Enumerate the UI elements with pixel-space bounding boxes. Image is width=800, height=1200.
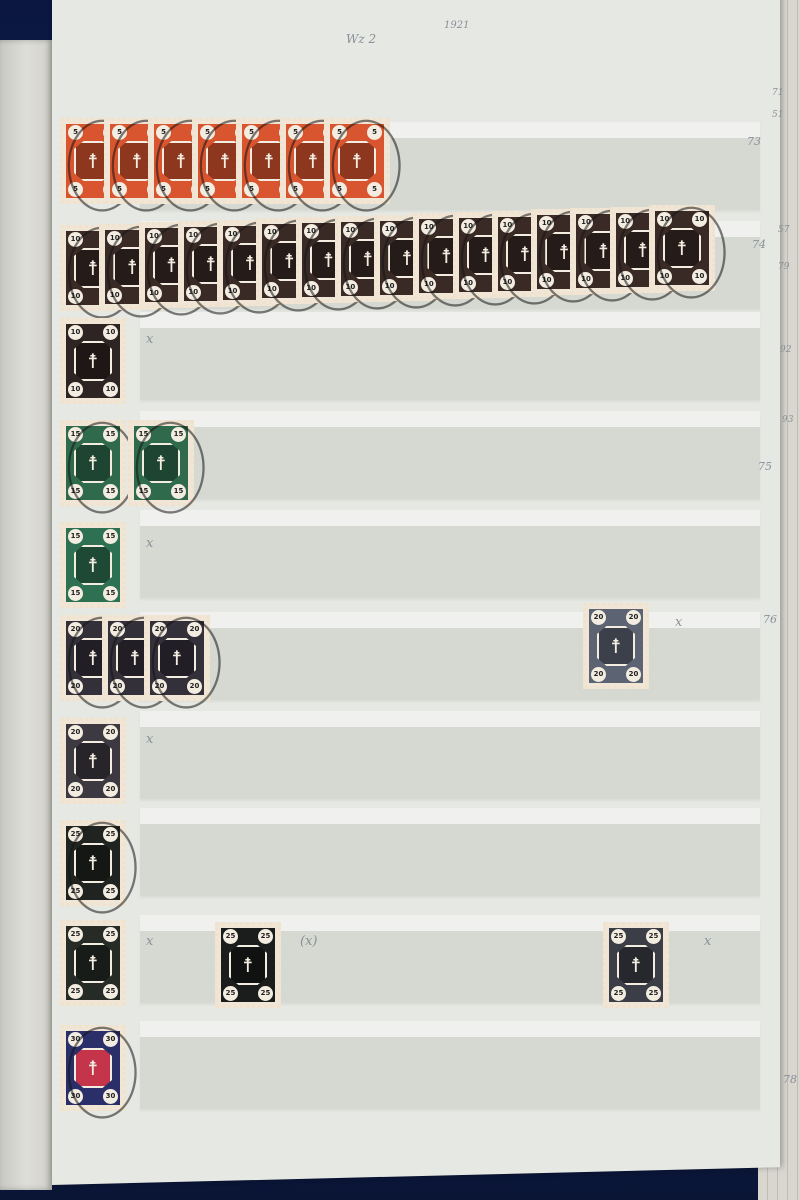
denomination-label: 20 [68, 782, 83, 797]
stamp-design: 3030☨3030 [66, 1031, 120, 1105]
denomination-label: 15 [136, 484, 151, 499]
stamp-15[interactable]: 1515☨1515 [60, 420, 126, 506]
denomination-label: 20 [626, 610, 641, 625]
denomination-label: 5 [367, 125, 382, 140]
denomination-label: 10 [578, 272, 593, 287]
value-row: 1515 [66, 528, 120, 545]
denomination-label: 20 [110, 679, 125, 694]
value-row: 55 [330, 124, 384, 141]
stock-strip [140, 312, 760, 400]
pencil-mark: x [675, 615, 682, 630]
margin-number: 74 [752, 238, 766, 251]
denomination-label: 20 [187, 622, 202, 637]
denomination-label: 10 [147, 229, 162, 244]
denomination-label: 10 [618, 271, 633, 286]
denomination-label: 5 [112, 182, 127, 197]
stamp-25[interactable]: 2525☨2525 [60, 920, 126, 1006]
denomination-label: 10 [225, 227, 240, 242]
denomination-label: 20 [187, 679, 202, 694]
value-row: 3030 [66, 1031, 120, 1048]
stamp-20[interactable]: 2020☨2020 [144, 615, 210, 701]
value-row: 1010 [655, 211, 709, 228]
denomination-label: 10 [500, 218, 515, 233]
denomination-label: 25 [68, 984, 83, 999]
stock-strip [140, 808, 760, 896]
value-row: 2525 [221, 928, 275, 945]
denomination-label: 10 [618, 214, 633, 229]
denomination-label: 20 [103, 782, 118, 797]
danzig-coat-of-arms-icon: ☨ [74, 443, 112, 483]
stock-strip [140, 1021, 760, 1109]
denomination-label: 5 [68, 125, 83, 140]
value-row: 3030 [66, 1088, 120, 1105]
stamp-design: 2525☨2525 [66, 926, 120, 1000]
danzig-coat-of-arms-icon: ☨ [74, 341, 112, 381]
pencil-mark: x [704, 934, 711, 949]
denomination-label: 5 [156, 182, 171, 197]
stamp-design: 2020☨2020 [150, 621, 204, 695]
denomination-label: 10 [692, 212, 707, 227]
denomination-label: 10 [147, 286, 162, 301]
value-row: 2020 [589, 666, 643, 683]
value-row: 2020 [66, 724, 120, 741]
denomination-label: 5 [332, 182, 347, 197]
denomination-label: 5 [200, 182, 215, 197]
denomination-label: 5 [200, 125, 215, 140]
stamp-design: 1010☨1010 [655, 211, 709, 285]
value-row: 2525 [66, 883, 120, 900]
value-row: 2525 [221, 985, 275, 1002]
margin-number: 78 [783, 1073, 797, 1086]
stock-strip [140, 411, 760, 499]
denomination-label: 5 [156, 125, 171, 140]
stamp-design: 1515☨1515 [134, 426, 188, 500]
value-row: 1515 [134, 426, 188, 443]
stamp-design: 2525☨2525 [609, 928, 663, 1002]
stamp-design: 55☨55 [330, 124, 384, 198]
denomination-label: 20 [68, 725, 83, 740]
margin-number: 73 [747, 135, 761, 148]
pencil-mark: x [146, 536, 153, 551]
stock-strip [140, 711, 760, 799]
stamp-design: 1515☨1515 [66, 528, 120, 602]
denomination-label: 25 [68, 884, 83, 899]
value-row: 2020 [150, 678, 204, 695]
denomination-label: 20 [591, 610, 606, 625]
denomination-label: 20 [626, 667, 641, 682]
denomination-label: 10 [68, 382, 83, 397]
danzig-coat-of-arms-icon: ☨ [74, 1048, 112, 1088]
stamp-design: 2525☨2525 [221, 928, 275, 1002]
edge-note: 51 [772, 110, 783, 120]
denomination-label: 15 [103, 586, 118, 601]
value-row: 1515 [66, 426, 120, 443]
denomination-label: 25 [103, 884, 118, 899]
denomination-label: 15 [103, 529, 118, 544]
denomination-label: 10 [500, 275, 515, 290]
stamp-20-extra[interactable]: 2020☨2020 [583, 603, 649, 689]
margin-number: 76 [763, 613, 777, 626]
danzig-coat-of-arms-icon: ☨ [597, 626, 635, 666]
denomination-label: 10 [461, 276, 476, 291]
value-row: 1515 [66, 483, 120, 500]
denomination-label: 5 [244, 125, 259, 140]
denomination-label: 15 [171, 427, 186, 442]
danzig-coat-of-arms-icon: ☨ [142, 443, 180, 483]
denomination-label: 25 [68, 927, 83, 942]
header-note-right: 1921 [444, 20, 469, 31]
value-row: 2525 [609, 985, 663, 1002]
denomination-label: 10 [103, 325, 118, 340]
denomination-label: 15 [103, 427, 118, 442]
denomination-label: 10 [578, 215, 593, 230]
denomination-label: 30 [68, 1032, 83, 1047]
denomination-label: 10 [421, 220, 436, 235]
denomination-label: 25 [611, 986, 626, 1001]
denomination-label: 10 [539, 216, 554, 231]
denomination-label: 10 [186, 228, 201, 243]
denomination-label: 10 [657, 269, 672, 284]
danzig-coat-of-arms-icon: ☨ [74, 741, 112, 781]
header-note-left: Wz 2 [346, 32, 376, 46]
denomination-label: 25 [258, 986, 273, 1001]
denomination-label: 15 [68, 586, 83, 601]
denomination-label: 10 [264, 282, 279, 297]
denomination-label: 20 [68, 622, 83, 637]
value-row: 1515 [66, 585, 120, 602]
denomination-label: 10 [382, 279, 397, 294]
danzig-coat-of-arms-icon: ☨ [229, 945, 267, 985]
denomination-label: 10 [692, 269, 707, 284]
denomination-label: 5 [288, 125, 303, 140]
denomination-label: 10 [539, 273, 554, 288]
pencil-mark: x [146, 934, 153, 949]
denomination-label: 25 [103, 827, 118, 842]
stamp-25[interactable]: 2525☨2525 [60, 820, 126, 906]
value-row: 55 [330, 181, 384, 198]
pencil-mark: x [146, 732, 153, 747]
denomination-label: 5 [112, 125, 127, 140]
value-row: 2525 [66, 926, 120, 943]
edge-note: 93 [782, 415, 793, 425]
danzig-coat-of-arms-icon: ☨ [74, 943, 112, 983]
pencil-mark: x [146, 332, 153, 347]
stock-strip [140, 612, 760, 700]
stamp-10[interactable]: 1010☨1010 [649, 205, 715, 291]
denomination-label: 25 [646, 986, 661, 1001]
denomination-label: 10 [382, 222, 397, 237]
value-row: 1010 [66, 381, 120, 398]
denomination-label: 10 [107, 231, 122, 246]
denomination-label: 25 [223, 986, 238, 1001]
stamp-10[interactable]: 1010☨1010 [60, 318, 126, 404]
denomination-label: 25 [103, 927, 118, 942]
denomination-label: 20 [68, 679, 83, 694]
denomination-label: 10 [107, 288, 122, 303]
denomination-label: 5 [332, 125, 347, 140]
denomination-label: 5 [244, 182, 259, 197]
denomination-label: 10 [264, 225, 279, 240]
stamp-15[interactable]: 1515☨1515 [60, 522, 126, 608]
denomination-label: 10 [68, 325, 83, 340]
stamp-25-extra[interactable]: 2525☨2525 [215, 922, 281, 1008]
denomination-label: 10 [225, 284, 240, 299]
denomination-label: 10 [421, 277, 436, 292]
stamp-30[interactable]: 3030☨3030 [60, 1025, 126, 1111]
denomination-label: 20 [152, 622, 167, 637]
stamp-25-extra-2[interactable]: 2525☨2525 [603, 922, 669, 1008]
danzig-coat-of-arms-icon: ☨ [74, 843, 112, 883]
danzig-coat-of-arms-icon: ☨ [338, 141, 376, 181]
denomination-label: 15 [68, 529, 83, 544]
pencil-mark: (x) [300, 934, 317, 949]
danzig-coat-of-arms-icon: ☨ [663, 228, 701, 268]
denomination-label: 10 [461, 219, 476, 234]
denomination-label: 10 [186, 285, 201, 300]
danzig-coat-of-arms-icon: ☨ [158, 638, 196, 678]
value-row: 2525 [609, 928, 663, 945]
denomination-label: 5 [68, 182, 83, 197]
value-row: 1010 [655, 268, 709, 285]
album-spine [0, 40, 52, 1190]
denomination-label: 25 [611, 929, 626, 944]
denomination-label: 25 [258, 929, 273, 944]
denomination-label: 25 [646, 929, 661, 944]
denomination-label: 10 [68, 232, 83, 247]
stamp-20[interactable]: 2020☨2020 [60, 718, 126, 804]
edge-note: 57 [778, 225, 789, 235]
value-row: 2525 [66, 826, 120, 843]
danzig-coat-of-arms-icon: ☨ [617, 945, 655, 985]
denomination-label: 10 [343, 280, 358, 295]
denomination-label: 10 [103, 382, 118, 397]
denomination-label: 10 [68, 289, 83, 304]
denomination-label: 25 [103, 984, 118, 999]
danzig-coat-of-arms-icon: ☨ [74, 545, 112, 585]
denomination-label: 30 [103, 1089, 118, 1104]
stamp-design: 1515☨1515 [66, 426, 120, 500]
value-row: 2020 [589, 609, 643, 626]
value-row: 2020 [66, 781, 120, 798]
denomination-label: 10 [304, 224, 319, 239]
margin-number: 75 [758, 460, 772, 473]
denomination-label: 10 [304, 281, 319, 296]
denomination-label: 25 [68, 827, 83, 842]
denomination-label: 20 [110, 622, 125, 637]
denomination-label: 10 [657, 212, 672, 227]
edge-note: 71 [772, 88, 783, 98]
value-row: 1515 [134, 483, 188, 500]
denomination-label: 30 [68, 1089, 83, 1104]
denomination-label: 15 [68, 427, 83, 442]
stamp-5[interactable]: 55☨55 [324, 118, 390, 204]
denomination-label: 5 [288, 182, 303, 197]
stamp-design: 1010☨1010 [66, 324, 120, 398]
denomination-label: 25 [223, 929, 238, 944]
denomination-label: 15 [171, 484, 186, 499]
denomination-label: 20 [103, 725, 118, 740]
denomination-label: 15 [136, 427, 151, 442]
edge-note: 92 [780, 345, 791, 355]
stamp-15[interactable]: 1515☨1515 [128, 420, 194, 506]
value-row: 1010 [66, 324, 120, 341]
denomination-label: 15 [103, 484, 118, 499]
denomination-label: 5 [367, 182, 382, 197]
denomination-label: 20 [591, 667, 606, 682]
stamp-design: 2525☨2525 [66, 826, 120, 900]
value-row: 2525 [66, 983, 120, 1000]
denomination-label: 10 [343, 223, 358, 238]
denomination-label: 30 [103, 1032, 118, 1047]
denomination-label: 15 [68, 484, 83, 499]
value-row: 2020 [150, 621, 204, 638]
stamp-design: 2020☨2020 [66, 724, 120, 798]
stamp-design: 2020☨2020 [589, 609, 643, 683]
stock-strip [140, 510, 760, 598]
edge-note: 79 [778, 262, 789, 272]
denomination-label: 20 [152, 679, 167, 694]
